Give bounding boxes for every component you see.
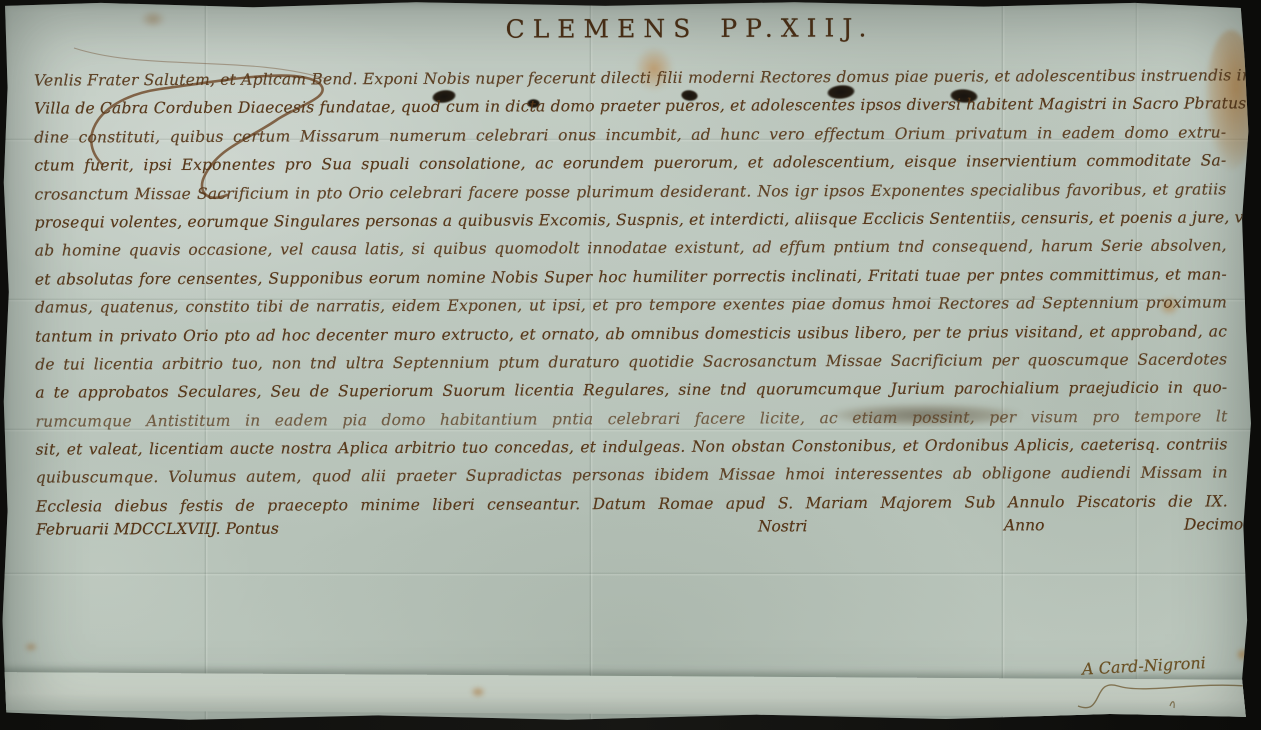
bottom-fold-edge — [0, 672, 1261, 718]
parchment-sheet: CLEMENS PP.XIIJ. Venlis Frater Salutem, … — [0, 0, 1261, 730]
signature-flourish — [1074, 672, 1254, 716]
photo-backdrop: CLEMENS PP.XIIJ. Venlis Frater Salutem, … — [0, 0, 1261, 730]
rust-stain — [470, 686, 486, 698]
dateline-nostri: Nostri — [758, 517, 808, 535]
manuscript-body: Venlis Frater Salutem, et Aplicam Bend. … — [34, 61, 1228, 549]
rust-stain — [24, 642, 38, 652]
dateline: Februarii MDCCLXVIIJ. Pontus Nostri Anno… — [36, 516, 1228, 550]
fold-crease — [0, 572, 1261, 576]
dateline-decimo: Decimo. — [1184, 516, 1248, 534]
document-title: CLEMENS PP.XIIJ. — [450, 13, 930, 44]
dateline-anno: Anno — [1004, 516, 1045, 534]
dateline-date: Februarii MDCCLXVIIJ. Pontus — [36, 520, 279, 539]
